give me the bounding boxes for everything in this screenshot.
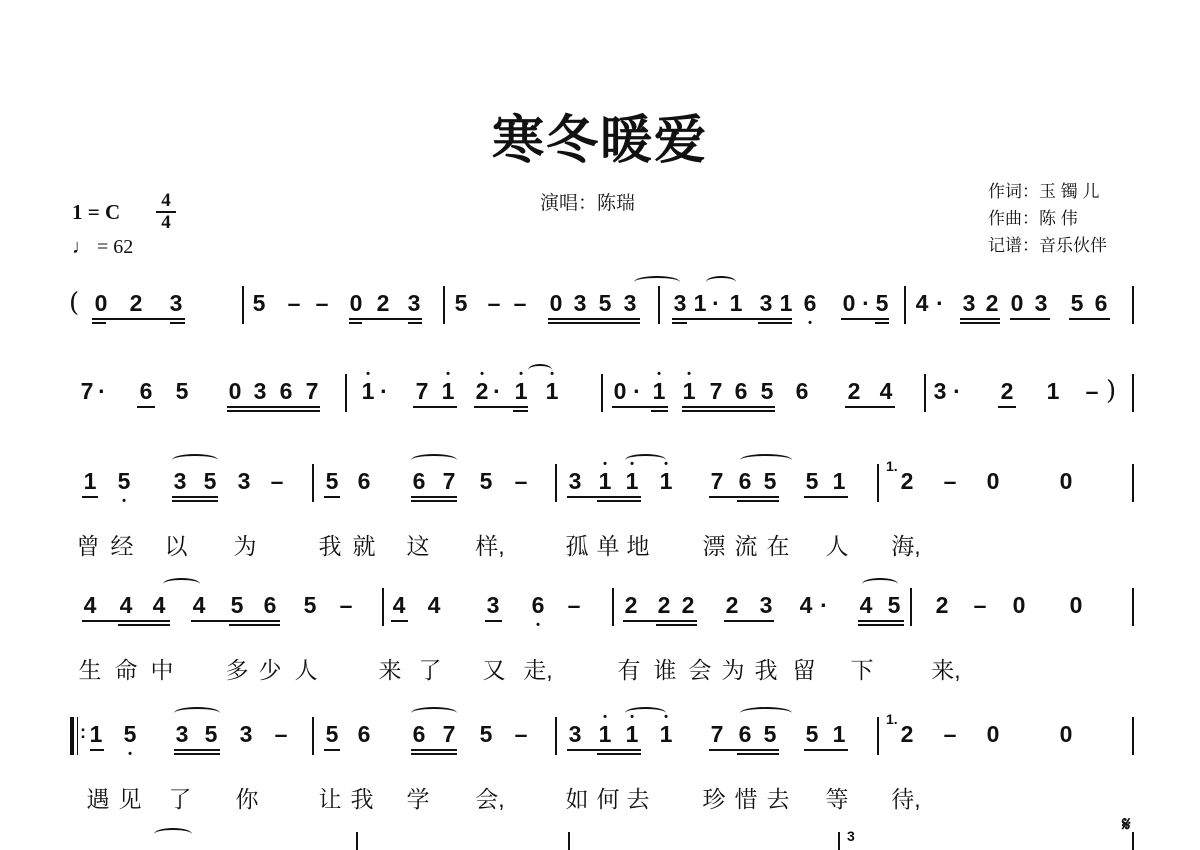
underline <box>656 624 697 626</box>
note: – <box>944 723 957 746</box>
lyric: 漂 <box>703 528 726 561</box>
note: 0 <box>350 292 363 315</box>
note: – <box>515 723 528 746</box>
underline <box>411 500 457 502</box>
slur <box>740 707 792 719</box>
note: 3 <box>174 470 187 493</box>
note: 7 <box>443 723 456 746</box>
lyric: 去 <box>767 781 790 814</box>
underline <box>82 496 98 498</box>
lyric: 生 <box>79 652 102 685</box>
barline <box>555 717 557 755</box>
note: 0 <box>1011 292 1024 315</box>
barline <box>555 464 557 502</box>
underline <box>567 749 641 751</box>
lyric: 以 <box>165 528 188 561</box>
underline <box>408 322 422 324</box>
lyric: 会 <box>689 652 712 685</box>
underline <box>1010 318 1050 320</box>
note: – <box>288 292 301 315</box>
underline <box>137 406 155 408</box>
underline <box>411 749 457 751</box>
lyric: 来 <box>379 652 402 685</box>
note: 1 <box>362 380 375 403</box>
note: 3 <box>760 292 773 315</box>
lyric: 多 <box>226 652 249 685</box>
lyric: 中 <box>151 652 174 685</box>
underline <box>172 500 218 502</box>
lyric: 下 <box>851 652 874 685</box>
lyric: 谁 <box>654 652 677 685</box>
underline <box>724 620 774 622</box>
note: 6 <box>358 470 371 493</box>
underline <box>349 318 422 320</box>
repeat-start-thick <box>70 717 74 755</box>
note: 3 <box>760 594 773 617</box>
time-bottom: 4 <box>161 212 171 233</box>
underline <box>623 620 697 622</box>
underline <box>170 322 185 324</box>
note: 6 <box>264 594 277 617</box>
note: 7 <box>81 380 94 403</box>
note: 0 <box>614 380 627 403</box>
underline <box>174 749 220 751</box>
lyric: 有 <box>618 652 641 685</box>
note: 1 <box>660 470 673 493</box>
underline <box>651 410 668 412</box>
singer: 演唱：陈瑞 <box>540 188 635 215</box>
lyric: 学 <box>407 781 430 814</box>
note: 6 <box>735 380 748 403</box>
triplet-mark: 3 <box>847 828 855 844</box>
barline <box>345 374 347 412</box>
barline <box>443 286 445 324</box>
note: 5 <box>304 594 317 617</box>
note: 7 <box>711 723 724 746</box>
note: 1 <box>660 723 673 746</box>
note: 0 <box>1060 723 1073 746</box>
lyric: 我 <box>319 528 342 561</box>
barline <box>838 832 840 850</box>
note: 2 <box>726 594 739 617</box>
barline <box>877 464 879 502</box>
barline <box>1132 832 1134 850</box>
underline <box>548 322 640 324</box>
lyric: 了 <box>419 652 442 685</box>
slur <box>411 707 457 719</box>
underline <box>804 496 848 498</box>
underline <box>229 624 280 626</box>
lyric: 走, <box>523 652 552 685</box>
note: 0 <box>229 380 242 403</box>
slur <box>172 454 218 466</box>
barline <box>1132 374 1134 412</box>
lyric: 命 <box>115 652 138 685</box>
note: 0 <box>95 292 108 315</box>
note: 3 <box>674 292 687 315</box>
slur <box>706 276 736 288</box>
note: 5 <box>124 723 137 746</box>
underline <box>858 620 904 622</box>
slur <box>634 276 680 288</box>
lyric: 就 <box>353 528 376 561</box>
note: 1 <box>1047 380 1060 403</box>
note: 0 <box>1013 594 1026 617</box>
note: 5 <box>806 723 819 746</box>
lyric: 惜 <box>735 781 758 814</box>
note: 5 <box>761 380 774 403</box>
note: 6 <box>804 292 817 315</box>
slur <box>625 707 666 719</box>
note: 4 <box>120 594 133 617</box>
composer: 作曲：陈 伟 <box>988 205 1107 232</box>
note: 2 <box>901 723 914 746</box>
barline <box>242 286 244 324</box>
note: 3 <box>487 594 500 617</box>
underline <box>875 322 889 324</box>
note: · <box>380 380 388 403</box>
note: 6 <box>358 723 371 746</box>
slur <box>862 578 898 590</box>
note: – <box>271 470 284 493</box>
underline <box>349 322 362 324</box>
note: – <box>515 470 528 493</box>
tempo-marking: ♩ = 62 <box>72 236 133 259</box>
note: 3 <box>408 292 421 315</box>
lyric: 你 <box>236 781 259 814</box>
underline <box>960 322 1000 324</box>
barline <box>612 588 614 626</box>
note: 6 <box>1095 292 1108 315</box>
underline <box>485 620 502 622</box>
volta-bracket: 1. <box>886 711 898 727</box>
lyric: 流 <box>735 528 758 561</box>
barline <box>658 286 660 324</box>
underline <box>227 406 320 408</box>
note: 1 <box>780 292 793 315</box>
note: 1 <box>833 470 846 493</box>
note: – <box>488 292 501 315</box>
underline <box>174 753 220 755</box>
lyric: 如 <box>566 781 589 814</box>
note: 3 <box>170 292 183 315</box>
repeat-start-thin <box>77 717 78 755</box>
lyric: 在 <box>767 528 790 561</box>
note: · <box>862 292 870 315</box>
underline <box>513 410 528 412</box>
underline <box>191 620 280 622</box>
volta-bracket: 1. <box>886 458 898 474</box>
note: 6 <box>280 380 293 403</box>
note: 5 <box>118 470 131 493</box>
underline <box>960 318 1000 320</box>
underline <box>82 620 170 622</box>
note: 1 <box>626 723 639 746</box>
note: 4 <box>880 380 893 403</box>
note: 3 <box>963 292 976 315</box>
note: · <box>712 292 720 315</box>
note: 7 <box>443 470 456 493</box>
lyric: 曾 <box>77 528 100 561</box>
note: 6 <box>796 380 809 403</box>
barline <box>910 588 912 626</box>
note: 3 <box>934 380 947 403</box>
note: 6 <box>739 723 752 746</box>
segno-icon: 𝄋 <box>1122 812 1131 836</box>
note: 2 <box>625 594 638 617</box>
underline <box>567 496 641 498</box>
note: · <box>633 380 641 403</box>
note: 5 <box>876 292 889 315</box>
parenthesis: ) <box>1106 376 1116 406</box>
note: – <box>340 594 353 617</box>
transcriber: 记谱：音乐伙伴 <box>988 232 1107 259</box>
note: · <box>493 380 501 403</box>
note: 5 <box>806 470 819 493</box>
note: 5 <box>764 723 777 746</box>
note: 4 <box>800 594 813 617</box>
underline <box>758 322 792 324</box>
note: 0 <box>550 292 563 315</box>
time-top: 4 <box>161 190 171 211</box>
note: 2 <box>986 292 999 315</box>
note: 3 <box>569 723 582 746</box>
barline <box>382 588 384 626</box>
note: · <box>936 292 944 315</box>
lyric: 人 <box>826 528 849 561</box>
note: – <box>568 594 581 617</box>
lyric: 这 <box>407 528 430 561</box>
key-signature: 1 = C <box>72 200 120 225</box>
lyric: 何 <box>597 781 620 814</box>
note: 3 <box>240 723 253 746</box>
note: 3 <box>624 292 637 315</box>
lyric: 待, <box>891 781 920 814</box>
slur <box>163 578 200 590</box>
underline <box>597 753 641 755</box>
barline <box>1132 286 1134 324</box>
note: 3 <box>176 723 189 746</box>
lyric: 了 <box>169 781 192 814</box>
underline <box>737 753 779 755</box>
underline <box>998 406 1016 408</box>
slur <box>411 454 457 466</box>
note: 4 <box>860 594 873 617</box>
note: 3 <box>254 380 267 403</box>
note: 1 <box>442 380 455 403</box>
note: 6 <box>413 723 426 746</box>
lyric: 海, <box>891 528 920 561</box>
note: 4 <box>193 594 206 617</box>
underline <box>413 406 457 408</box>
note: – <box>316 292 329 315</box>
note: 2 <box>377 292 390 315</box>
lyric: 遇 <box>87 781 110 814</box>
slur <box>625 454 666 466</box>
note: 1 <box>599 723 612 746</box>
lyric: 经 <box>111 528 134 561</box>
note: 1 <box>694 292 707 315</box>
note: 1 <box>730 292 743 315</box>
underline <box>90 749 104 751</box>
lyric: 让 <box>319 781 342 814</box>
lyric: 我 <box>755 652 778 685</box>
underline <box>92 318 185 320</box>
note: 5 <box>231 594 244 617</box>
note: 6 <box>532 594 545 617</box>
note: 5 <box>205 723 218 746</box>
underline <box>858 624 904 626</box>
lyric: 去 <box>627 781 650 814</box>
underline <box>672 318 732 320</box>
note: 1 <box>833 723 846 746</box>
note: 3 <box>574 292 587 315</box>
note: 1 <box>546 380 559 403</box>
note: 4 <box>916 292 929 315</box>
underline <box>737 500 779 502</box>
note: 1 <box>90 723 103 746</box>
note: 0 <box>1060 470 1073 493</box>
repeat-dots: : <box>80 723 86 741</box>
note: – <box>1086 380 1099 403</box>
note: 6 <box>739 470 752 493</box>
note: 1 <box>653 380 666 403</box>
note: – <box>944 470 957 493</box>
note: 0 <box>1070 594 1083 617</box>
note: 5 <box>599 292 612 315</box>
underline <box>682 406 775 408</box>
note: 1 <box>599 470 612 493</box>
underline <box>612 406 668 408</box>
underline <box>709 496 779 498</box>
note: · <box>820 594 828 617</box>
underline <box>804 749 848 751</box>
underline <box>729 318 792 320</box>
underline <box>411 753 457 755</box>
underline <box>411 496 457 498</box>
lyric: 为 <box>722 652 745 685</box>
note: 4 <box>84 594 97 617</box>
lyric: 少 <box>259 652 282 685</box>
note: 7 <box>306 380 319 403</box>
barline <box>601 374 603 412</box>
lyric: 等 <box>826 781 849 814</box>
note: 3 <box>238 470 251 493</box>
note: 1 <box>683 380 696 403</box>
note: 2 <box>901 470 914 493</box>
note: 7 <box>416 380 429 403</box>
barline <box>924 374 926 412</box>
underline <box>227 410 320 412</box>
note: 2 <box>848 380 861 403</box>
note: 0 <box>843 292 856 315</box>
lyric: 珍 <box>703 781 726 814</box>
note: 1 <box>84 470 97 493</box>
lyricist: 作词：玉 镯 儿 <box>988 178 1107 205</box>
note: 4 <box>153 594 166 617</box>
note: 5 <box>480 723 493 746</box>
note: 5 <box>326 723 339 746</box>
note: 5 <box>455 292 468 315</box>
barline <box>1132 717 1134 755</box>
lyric: 单 <box>597 528 620 561</box>
lyric: 会, <box>475 781 504 814</box>
lyric: 留 <box>793 652 816 685</box>
note: 1 <box>515 380 528 403</box>
underline <box>324 749 340 751</box>
note: 4 <box>393 594 406 617</box>
note: 6 <box>413 470 426 493</box>
note: 2 <box>658 594 671 617</box>
note: 5 <box>326 470 339 493</box>
underline <box>672 322 687 324</box>
barline <box>904 286 906 324</box>
barline <box>877 717 879 755</box>
underline <box>841 318 889 320</box>
parenthesis: ( <box>69 288 79 318</box>
note: – <box>275 723 288 746</box>
note: 2 <box>936 594 949 617</box>
note: – <box>974 594 987 617</box>
underline <box>118 624 170 626</box>
note: 0 <box>987 723 1000 746</box>
note: 2 <box>1001 380 1014 403</box>
lyric: 孤 <box>566 528 589 561</box>
note: 4 <box>428 594 441 617</box>
underline <box>391 620 408 622</box>
note: 3 <box>1035 292 1048 315</box>
underline <box>92 322 106 324</box>
underline <box>474 406 528 408</box>
note: 2 <box>130 292 143 315</box>
lyric: 来, <box>931 652 960 685</box>
title: 寒冬暖爱 <box>0 98 1200 173</box>
note: · <box>98 380 106 403</box>
underline <box>324 496 340 498</box>
underline <box>172 496 218 498</box>
note: 2 <box>682 594 695 617</box>
underline <box>597 500 641 502</box>
note: 0 <box>987 470 1000 493</box>
slur <box>174 707 220 719</box>
barline <box>356 832 358 850</box>
note: 1 <box>626 470 639 493</box>
note: 7 <box>711 470 724 493</box>
slur <box>740 454 792 466</box>
lyric: 见 <box>119 781 142 814</box>
slur <box>154 828 192 840</box>
underline <box>1069 318 1110 320</box>
note: – <box>514 292 527 315</box>
note: 3 <box>569 470 582 493</box>
note: 5 <box>1071 292 1084 315</box>
note: 5 <box>204 470 217 493</box>
time-signature: 4 4 <box>156 192 176 232</box>
slur <box>528 364 552 376</box>
note: 2 <box>476 380 489 403</box>
lyric: 人 <box>295 652 318 685</box>
note: 6 <box>140 380 153 403</box>
barline <box>568 832 570 850</box>
lyric: 我 <box>351 781 374 814</box>
credits: 作词：玉 镯 儿 作曲：陈 伟 记谱：音乐伙伴 <box>988 178 1107 259</box>
barline <box>312 717 314 755</box>
barline <box>1132 464 1134 502</box>
underline <box>845 406 895 408</box>
lyric: 地 <box>627 528 650 561</box>
barline <box>1132 588 1134 626</box>
lyric: 为 <box>234 528 257 561</box>
